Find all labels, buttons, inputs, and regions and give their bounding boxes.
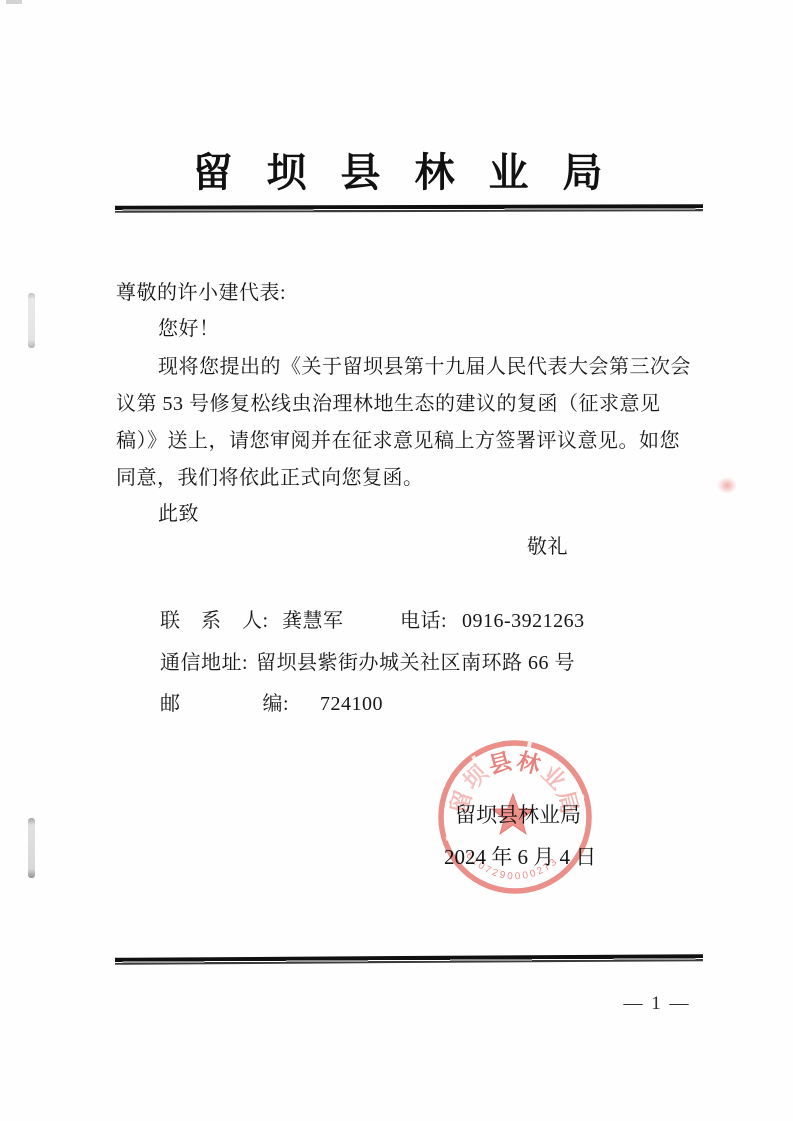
staple-mark-top (28, 293, 35, 348)
signature-date: 2024 年 6 月 4 日 (444, 841, 596, 871)
letterhead-divider-rule (115, 204, 703, 213)
footer-rule (115, 954, 703, 965)
scan-artifact-corner (6, 0, 22, 4)
contact-person-name: 龚慧军 (282, 608, 344, 634)
closing-respect: 此致 (158, 501, 199, 527)
contact-phone-label: 电话: (400, 608, 447, 634)
greeting: 您好！ (158, 316, 220, 342)
contact-address-label: 通信地址: (160, 650, 248, 676)
body-line: 现将您提出的《关于留坝县第十九届人民代表大会第三次会 (158, 354, 691, 380)
body-line: 稿）》送上，请您审阅并在征求意见稿上方签署评议意见。如您 (116, 428, 680, 454)
body-line: 同意，我们将依此正式向您复函。 (116, 465, 424, 491)
signature-org: 留坝县林业局 (455, 799, 581, 829)
contact-person-label: 联 系 人: (160, 608, 269, 634)
seal-arc-char: 县 (486, 748, 515, 778)
contact-address-value: 留坝县紫街办城关社区南环路 66 号 (256, 650, 575, 676)
contact-zip-label: 邮 编: (160, 691, 289, 717)
staple-mark-bottom (28, 818, 35, 878)
closing-salute: 敬礼 (527, 534, 568, 560)
scan-artifact-red-smudge (717, 477, 737, 494)
letterhead-org-name: 留 坝 县 林 业 局 (0, 150, 793, 196)
contact-phone-number: 0916-3921263 (462, 608, 585, 634)
scanned-letter-page: 留 坝 县 林 业 局 尊敬的许小建代表: 您好！ 现将您提出的《关于留坝县第十… (0, 0, 793, 1121)
page-number: — 1 — (612, 993, 702, 1015)
body-line: 议第 53 号修复松线虫治理林地生态的建议的复函（征求意见 (116, 391, 661, 417)
contact-zip-value: 724100 (320, 691, 383, 717)
salutation: 尊敬的许小建代表: (116, 280, 286, 306)
